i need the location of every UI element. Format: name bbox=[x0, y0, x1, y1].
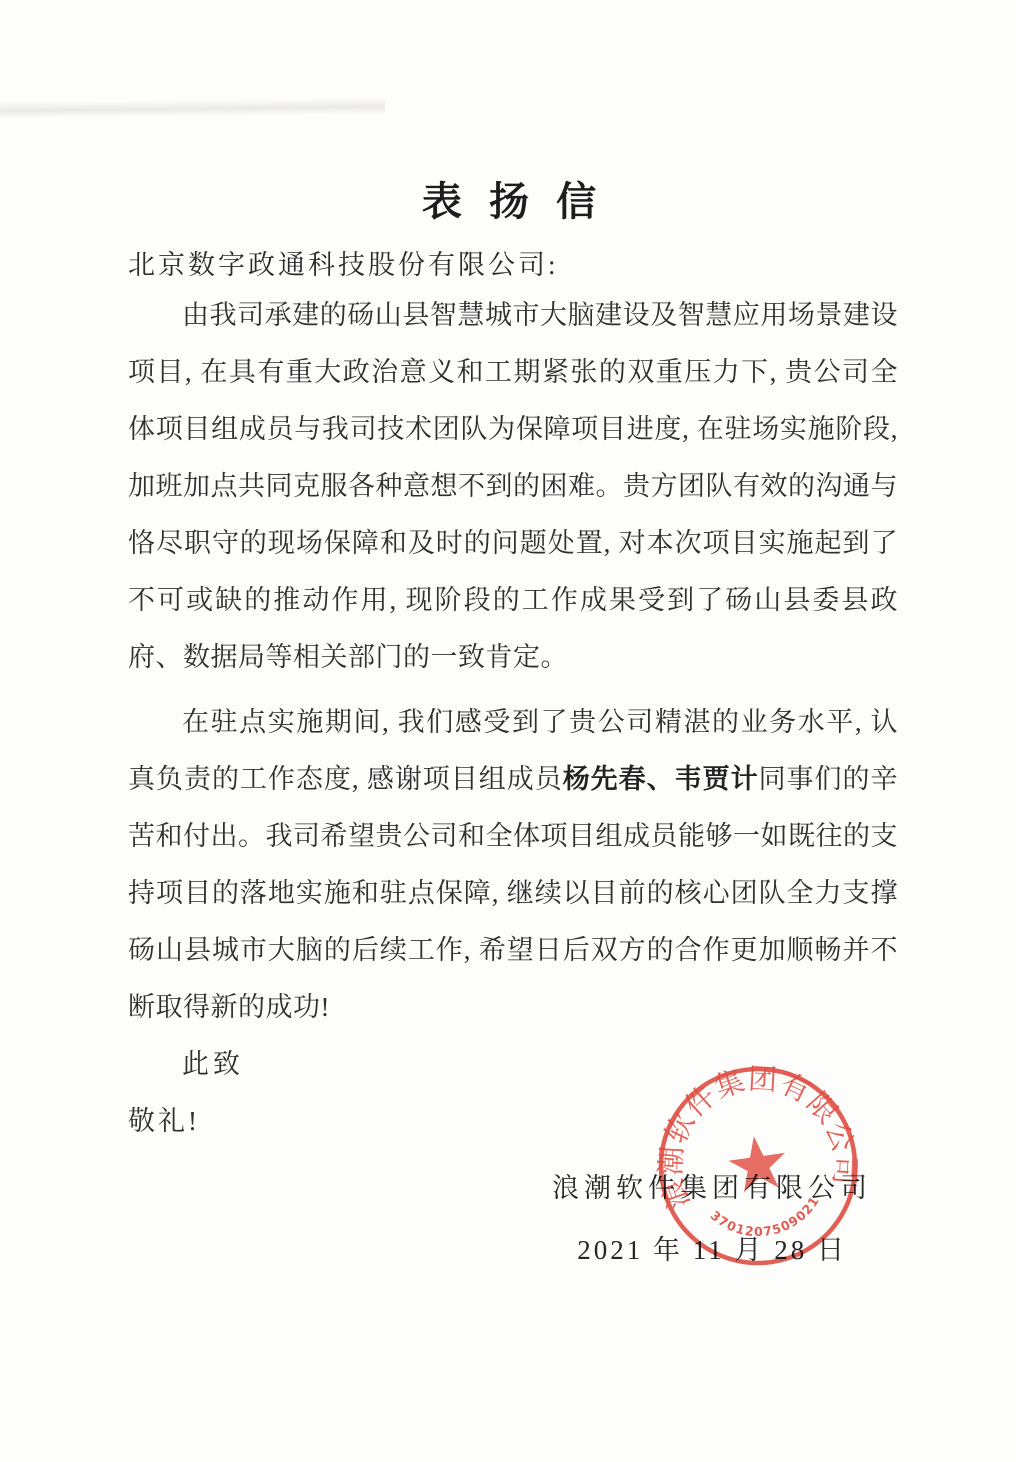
signature-company: 浪潮软件集团有限公司 bbox=[128, 1172, 872, 1204]
letter-body: 表 扬 信 北京数字政通科技股份有限公司: 由我司承建的砀山县智慧城市大脑建设及… bbox=[0, 0, 1016, 1266]
scanned-letter-page: 表 扬 信 北京数字政通科技股份有限公司: 由我司承建的砀山县智慧城市大脑建设及… bbox=[0, 0, 1016, 1462]
commended-names: 杨先春、韦贾计 bbox=[563, 764, 759, 794]
closing-cizhi: 此致 bbox=[128, 1036, 898, 1093]
paragraph-1: 由我司承建的砀山县智慧城市大脑建设及智慧应用场景建设项目, 在具有重大政治意义和… bbox=[128, 287, 898, 686]
salutation: 北京数字政通科技股份有限公司: bbox=[128, 249, 898, 281]
closing-jingli: 敬礼! bbox=[128, 1093, 898, 1150]
paragraph-2-after: 同事们的辛苦和付出。我司希望贵公司和全体项目组成员能够一如既往的支持项目的落地实… bbox=[128, 764, 898, 1022]
paragraph-2: 在驻点实施期间, 我们感受到了贵公司精湛的业务水平, 认真负责的工作态度, 感谢… bbox=[128, 694, 898, 1036]
letter-title: 表 扬 信 bbox=[128, 181, 898, 223]
signature-date: 2021 年 11 月 28 日 bbox=[128, 1234, 847, 1266]
